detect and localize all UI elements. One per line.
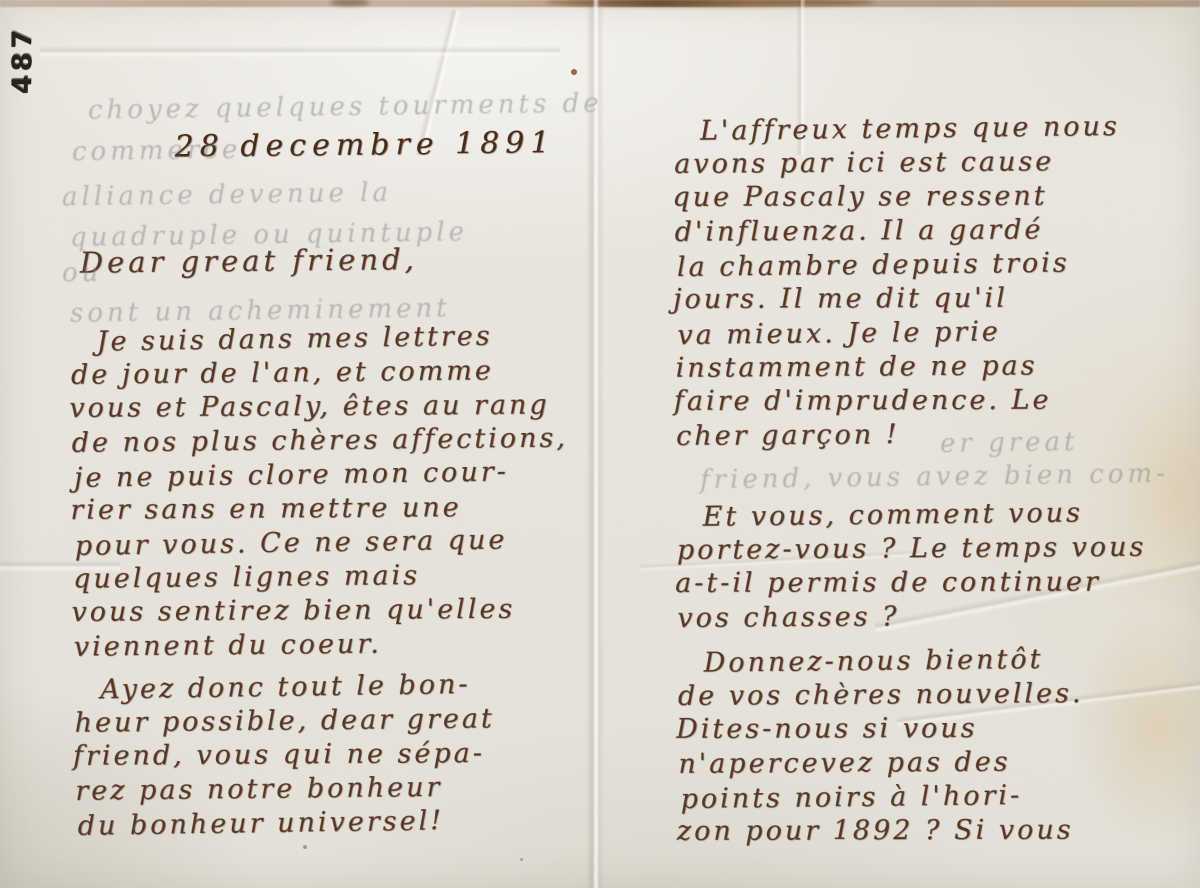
ink-line: vous sentirez bien qu'elles xyxy=(71,592,587,630)
paragraph: Et vous, comment vousportez-vous ? Le te… xyxy=(677,496,1200,636)
ink-line: Et vous, comment vous xyxy=(678,495,1200,535)
left-page-paragraphs: Je suis dans mes lettresde jour de l'an,… xyxy=(70,319,591,842)
ink-line: portez-vous ? Le temps vous xyxy=(677,530,1200,568)
paragraph: Ayez donc tout le bon-heur possible, dea… xyxy=(74,667,592,842)
ink-line: faire d'imprudence. Le xyxy=(674,383,1198,419)
ghost-line: commerce xyxy=(72,135,242,167)
ink-line: va mieux. Je le prie xyxy=(677,313,1200,353)
letter-scan: 487 28 decembre 1891 Dear great friend, … xyxy=(0,0,1200,888)
ghost-line: alliance devenue la xyxy=(62,178,392,213)
ink-line: instamment de ne pas xyxy=(675,348,1199,386)
ink-line: zon pour 1892 ? Si vous xyxy=(677,813,1200,849)
paragraph: Je suis dans mes lettresde jour de l'an,… xyxy=(70,319,590,664)
ink-line: avons par ici est cause xyxy=(674,144,1198,182)
ink-line: que Pascaly se ressent xyxy=(672,179,1196,215)
ink-line: de vos chères nouvelles. xyxy=(678,676,1200,714)
right-page-handwriting: L'affreux temps que nousavons par ici es… xyxy=(673,0,1200,850)
paper-speck xyxy=(303,845,307,849)
ink-line: Dites-nous si vous xyxy=(676,711,1200,747)
ghost-line: ou xyxy=(62,258,103,289)
ink-line: la chambre depuis trois xyxy=(677,245,1200,285)
ink-line: Donnez-nous bientôt xyxy=(679,641,1200,681)
ink-line: viennent du coeur. xyxy=(74,625,590,664)
ink-line: vos chasses ? xyxy=(677,598,1200,636)
ink-line: je ne puis clore mon cour- xyxy=(74,454,590,496)
paragraph: L'affreux temps que nousavons par ici es… xyxy=(674,110,1200,454)
ink-line: du bonheur universel! xyxy=(77,802,593,844)
ghost-line: er great xyxy=(940,427,1079,459)
ink-line: a-t-il permis de continuer xyxy=(675,565,1199,601)
ghost-line: quadruple ou quintuple xyxy=(70,217,468,253)
left-page-handwriting: 28 decembre 1891 Dear great friend, Je s… xyxy=(68,101,592,842)
ink-line: points noirs à l'hori- xyxy=(680,777,1200,817)
crease xyxy=(40,46,560,58)
ink-line: quelques lignes mais xyxy=(73,557,589,596)
paper-speck xyxy=(520,858,523,861)
archive-number-stamp: 487 xyxy=(5,14,41,106)
ink-speck xyxy=(571,69,577,75)
ink-line: friend, vous qui ne sépa- xyxy=(73,736,589,774)
ghost-line: sont un acheminement xyxy=(70,293,451,328)
ink-line: jours. Il me dit qu'il xyxy=(673,281,1197,317)
ink-line: d'influenza. Il a gardé xyxy=(675,212,1199,250)
ink-line: L'affreux temps que nous xyxy=(676,109,1200,149)
ink-line: de jour de l'an, et comme xyxy=(71,353,587,392)
paragraph: Donnez-nous bientôtde vos chères nouvell… xyxy=(678,642,1200,850)
ink-line: rier sans en mettre une xyxy=(70,490,586,528)
ink-line: vous et Pascaly, êtes au rang xyxy=(69,388,585,426)
ink-line: cher garçon ! xyxy=(676,416,1200,454)
ink-line: n'apercevez pas des xyxy=(678,744,1200,782)
ink-line: heur possible, dear great xyxy=(74,701,590,740)
